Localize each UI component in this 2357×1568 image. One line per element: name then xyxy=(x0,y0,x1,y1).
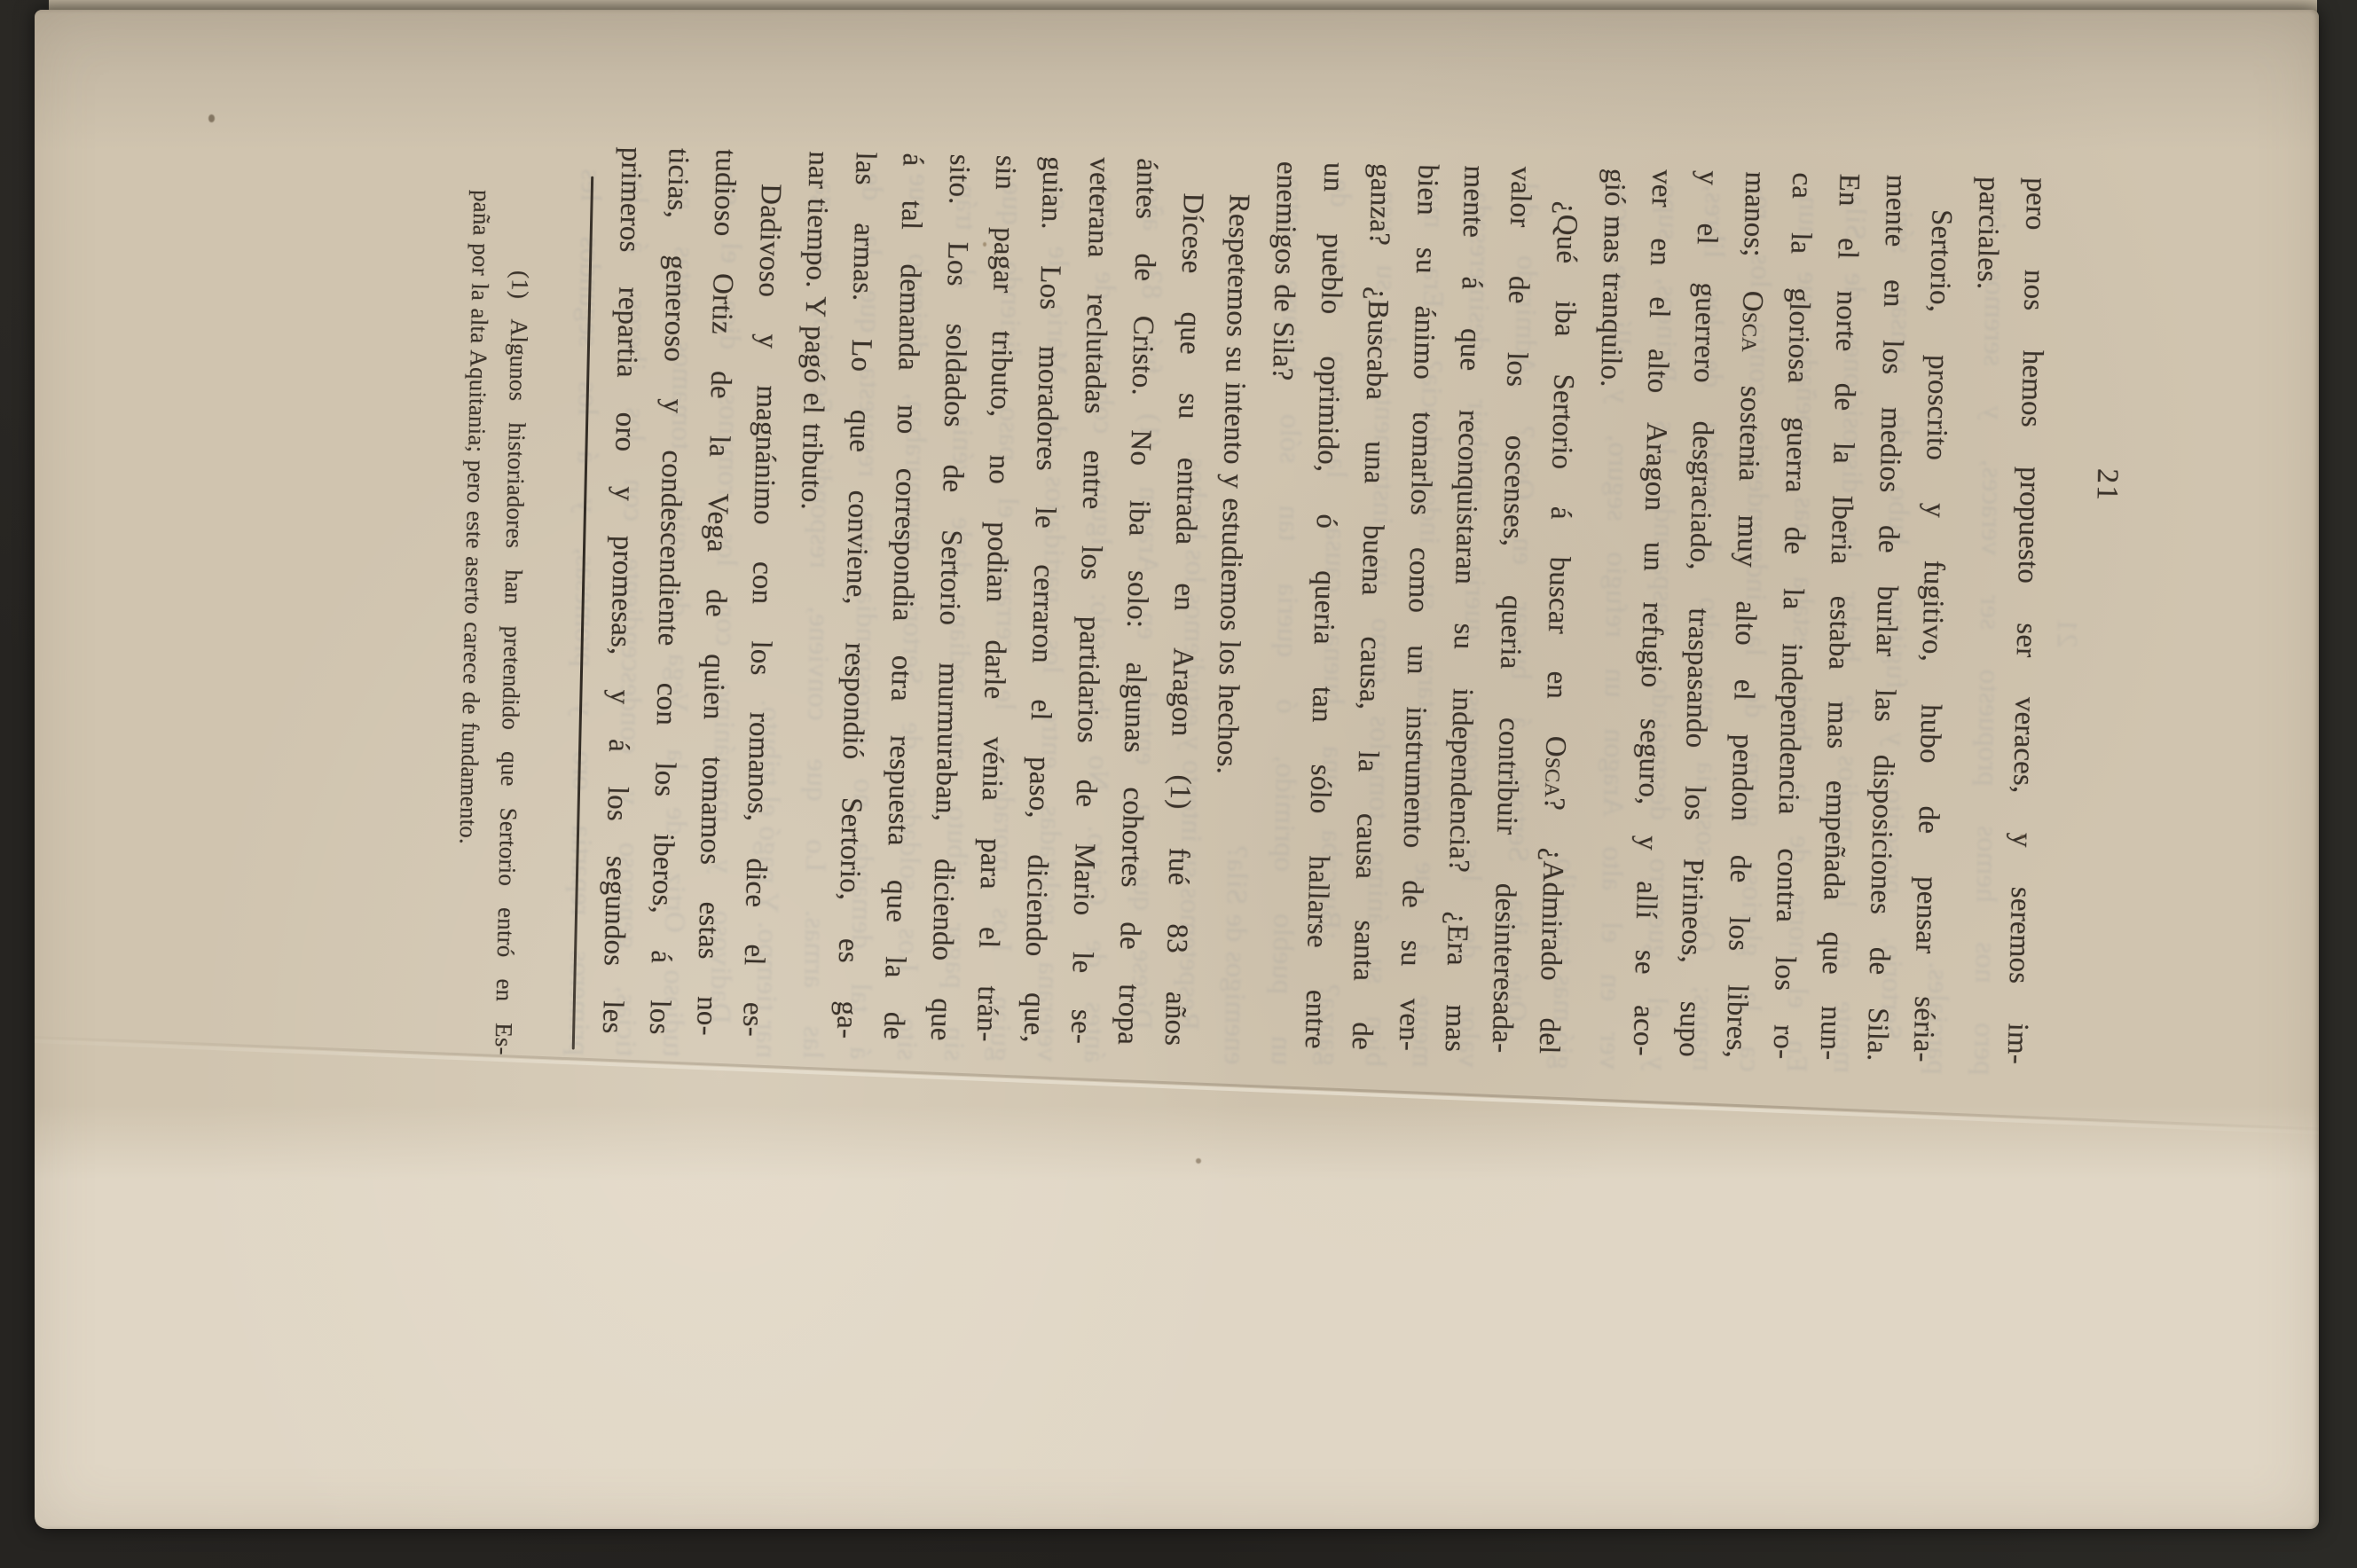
text-segment: paña por la alta Aquitania; pero este as… xyxy=(455,190,496,845)
ink-speck xyxy=(2020,835,2024,838)
ink-speck xyxy=(983,242,986,247)
page-number: 21 xyxy=(2088,419,2125,553)
body-text: pero nos hemos propuesto ser veraces, y … xyxy=(588,146,2059,1064)
ink-speck xyxy=(1747,459,1751,463)
text-segment: Respetemos su intento y estudiemos los h… xyxy=(1211,193,1255,774)
scanned-book-photo: 21 pero nos hemos propuesto ser veraces,… xyxy=(0,0,2357,1568)
text-segment: sostenia muy alto el pendon de los libre… xyxy=(1720,352,1767,1059)
text-segment: parciales. xyxy=(1971,176,2006,290)
page-paper: 21 pero nos hemos propuesto ser veraces,… xyxy=(35,10,2319,1529)
text-segment: manos; xyxy=(1737,171,1772,291)
text-segment: ? ¿Admirado del xyxy=(1533,797,1570,1054)
printed-content: 21 pero nos hemos propuesto ser veraces,… xyxy=(35,10,2319,1529)
footnote: (1) Algunos historiadores han pretendido… xyxy=(444,190,542,1056)
small-caps-word: Osca xyxy=(1538,735,1572,797)
text-segment: gió mas tranquilo. xyxy=(1594,168,1630,388)
small-caps-word: Osca xyxy=(1735,290,1769,352)
ink-speck xyxy=(1196,1158,1201,1164)
text-segment: ¿Qué iba Sertorio á buscar en xyxy=(1540,200,1583,736)
ink-speck xyxy=(208,114,215,122)
text-segment: nar tiempo. Y pagó el tributo. xyxy=(795,151,835,511)
text-segment: enemigos de Sila? xyxy=(1267,161,1303,380)
